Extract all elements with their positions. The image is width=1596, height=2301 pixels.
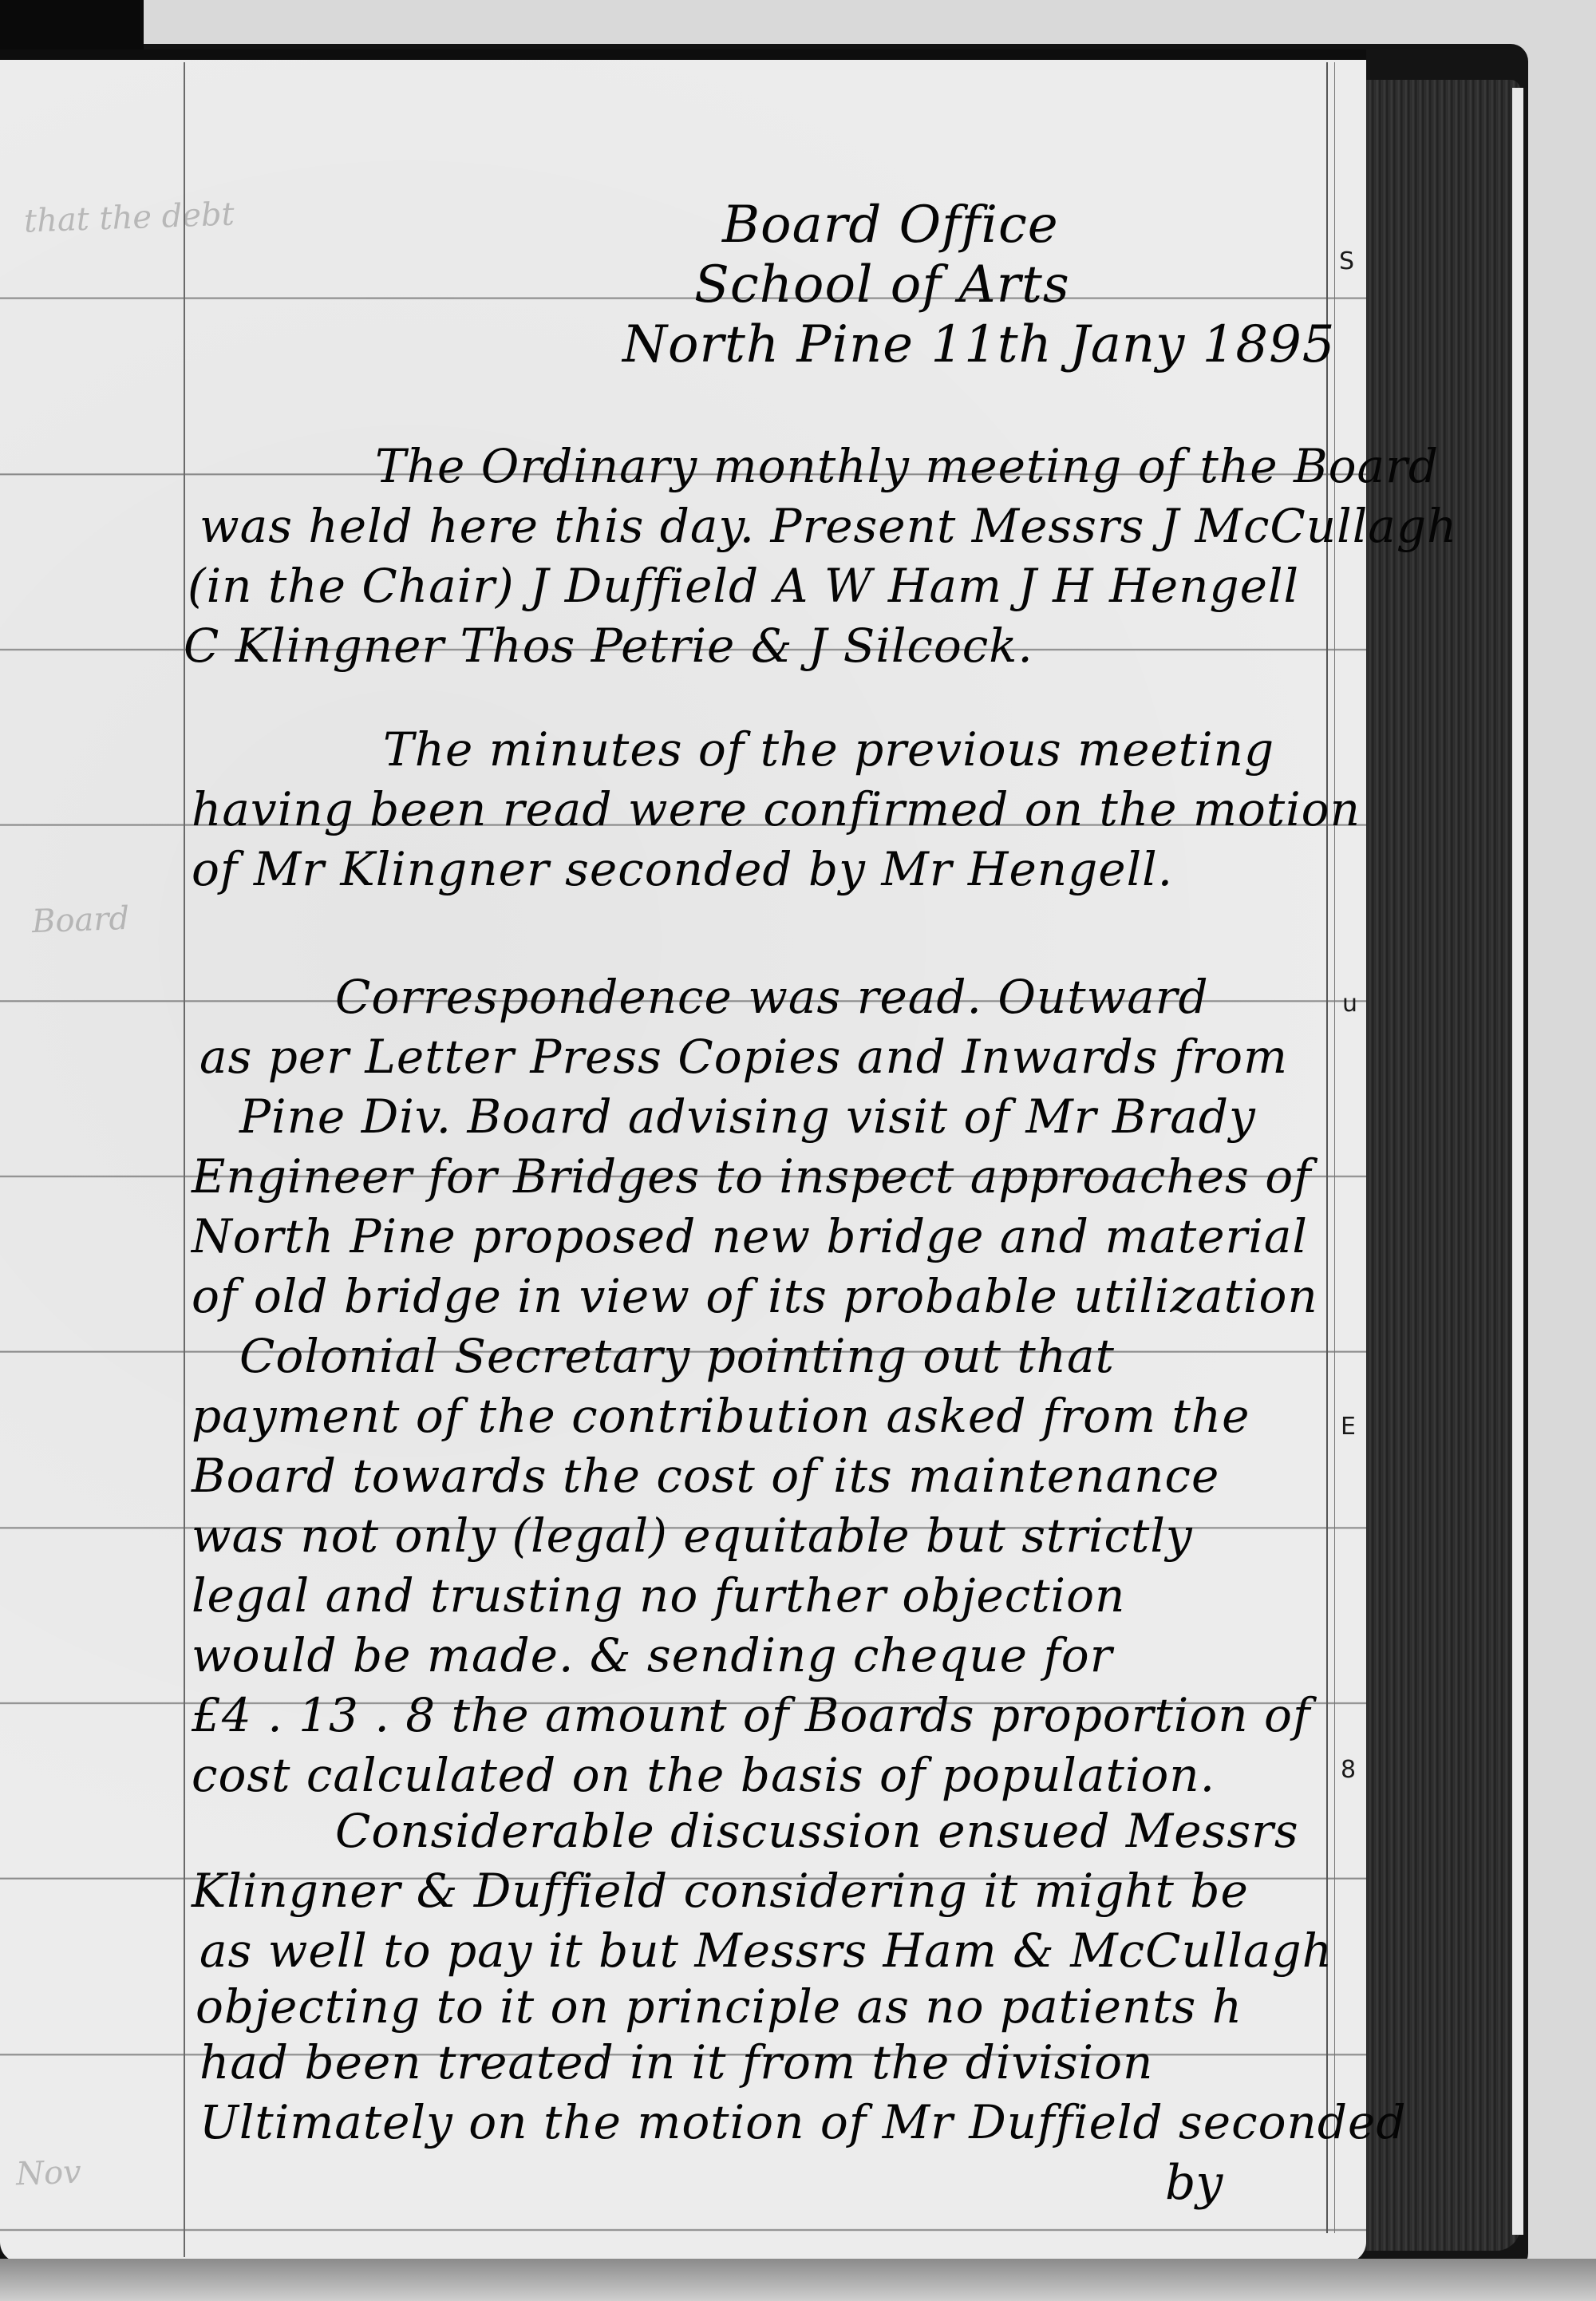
correspondence-line-3: Pine Div. Board advising visit of Mr Bra… [239,1089,1256,1144]
margin-mark: 8 [1341,1756,1356,1784]
catchword: by [1165,2155,1223,2211]
right-margin-rule-secondary [1334,62,1335,2233]
discussion-line-2: Klingner & Duffield considering it might… [192,1864,1249,1918]
discussion-line-3: as well to pay it but Messrs Ham & McCul… [199,1923,1333,1978]
correspondence-line-12: would be made. & sending cheque for [192,1628,1112,1682]
header-venue: School of Arts [694,255,1070,314]
correspondence-line-1: Correspondence was read. Outward [335,970,1209,1024]
page-fore-edge [1361,80,1520,2251]
attendance-line-4: C Klingner Thos Petrie & J Silcock. [184,619,1033,673]
minutes-line-3: of Mr Klingner seconded by Mr Hengell. [192,842,1173,896]
page-edge-highlight [1512,88,1523,2235]
discussion-line-1: Considerable discussion ensued Messrs [335,1804,1299,1858]
discussion-line-6: Ultimately on the motion of Mr Duffield … [199,2095,1406,2149]
minutes-line-2: having been read were confirmed on the m… [192,782,1361,836]
header-office: Board Office [722,196,1059,255]
correspondence-line-9: Board towards the cost of its maintenanc… [192,1449,1219,1503]
discussion-line-5: had been treated in it from the division [199,2035,1153,2089]
bleed-through-text: Board [31,900,130,940]
correspondence-line-11: legal and trusting no further objection [192,1568,1125,1623]
correspondence-line-2: as per Letter Press Copies and Inwards f… [199,1030,1288,1084]
correspondence-line-7: Colonial Secretary pointing out that [239,1329,1115,1383]
margin-mark: E [1341,1413,1356,1441]
correspondence-line-13: £4 . 13 . 8 the amount of Boards proport… [192,1688,1310,1742]
correspondence-line-8: payment of the contribution asked from t… [192,1389,1250,1443]
correspondence-line-4: Engineer for Bridges to inspect approach… [192,1149,1312,1204]
discussion-line-4: objecting to it on principle as no patie… [196,1979,1242,2034]
left-margin-rule [184,62,185,2257]
correspondence-line-6: of old bridge in view of its probable ut… [192,1269,1318,1323]
attendance-line-3: (in the Chair) J Duffield A W Ham J H He… [188,559,1299,613]
header-place-date: North Pine 11th Jany 1895 [622,315,1336,374]
correspondence-line-14: cost calculated on the basis of populati… [192,1748,1215,1802]
bleed-through-text: Nov [15,2154,81,2193]
margin-mark: u [1342,990,1357,1018]
scan-background-bottom [0,2259,1596,2301]
minutes-line-1: The minutes of the previous meeting [383,722,1274,777]
attendance-line-1: The Ordinary monthly meeting of the Boar… [375,439,1439,493]
margin-mark: S [1339,247,1354,275]
correspondence-line-10: was not only (legal) equitable but stric… [192,1508,1193,1563]
right-margin-rule [1326,62,1328,2233]
attendance-line-2: was held here this day. Present Messrs J… [199,499,1457,553]
bleed-through-text: that the debt [23,196,235,239]
correspondence-line-5: North Pine proposed new bridge and mater… [192,1209,1308,1263]
